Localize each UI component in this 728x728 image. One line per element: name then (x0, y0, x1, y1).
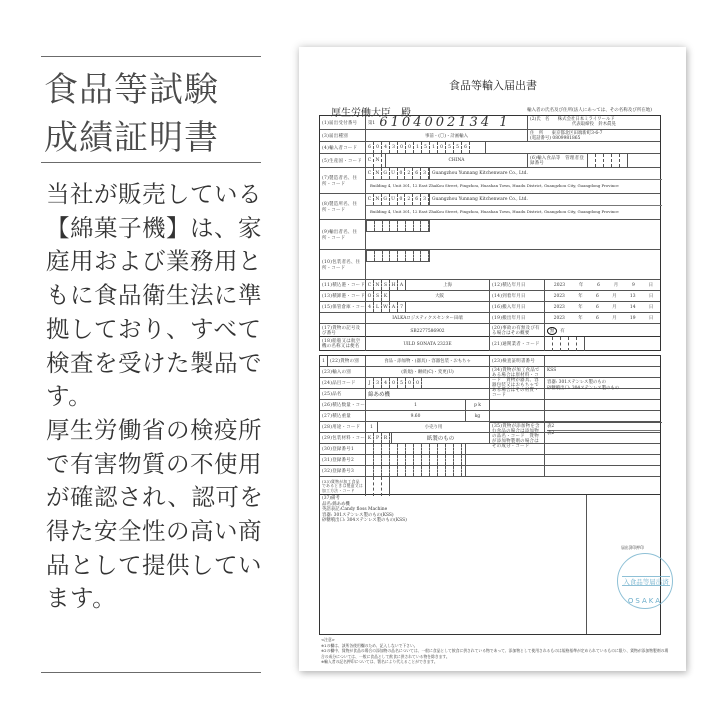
code-box: O (366, 291, 374, 301)
code-box: K (382, 291, 390, 301)
code-box: A (390, 302, 398, 312)
label-import-class: (23)輸入の別 (320, 367, 366, 377)
importer-code-boxes: 6043001510556 (366, 142, 486, 153)
code-box: 1 (414, 142, 422, 153)
form-table-item: 1 (22)貨物の別 食品・添加物・(器具)・容器包装・おもちゃ (23)検査証… (319, 355, 661, 495)
material-field: KSS 容器: 301ステンレス製のもの 砂糖噴出口: 304ステンレス製のもの (545, 367, 662, 422)
code-box: 3 (421, 194, 429, 205)
label-carry-in-date: (16)搬入年月日 (490, 302, 545, 312)
label-purpose: (28)用途・コード (320, 422, 366, 432)
label-warehouse: (15)保管倉庫・コード (320, 302, 366, 312)
carry-in-date: 2023年6月14日 (545, 302, 662, 312)
divider-top (41, 56, 261, 57)
code-box: 0 (374, 142, 382, 153)
weight-unit: kg (466, 411, 490, 421)
code-box: 0 (390, 378, 398, 388)
code-box: C (366, 194, 374, 205)
label-reg-no-1: (30)登録番号1 (320, 444, 366, 454)
code-box: S (374, 291, 382, 301)
material-code: KSS (547, 368, 660, 374)
processing-boxes (366, 477, 390, 496)
form-table-remarks: (37)備考 品名:綿あめ機英語表記:Candy floss Machine容器… (319, 495, 661, 635)
loading-port-boxes: CNSHA (366, 280, 406, 290)
label-cargo-marks: (17)貨物の記号及び番号 (320, 324, 366, 338)
label-notification-type: (3)届出種別 (320, 130, 366, 141)
label-packaging: (29)包装材料・コード (320, 433, 366, 443)
code-box: L (374, 302, 382, 312)
label-additives: (35)貨物が添加物を含む食品の場合は添加物の品名・コード 貨物が添加物製剤の場… (490, 422, 545, 477)
additives-2: 表2 (547, 430, 660, 437)
code-box: 0 (406, 142, 414, 153)
stamp-label: 届出済印押印 (621, 545, 644, 551)
label-loading-port: (11)積込港・コード (320, 280, 366, 290)
exporter-field (366, 220, 662, 249)
cargo-marks: SB2277586902 (366, 324, 490, 338)
code-box: G (382, 168, 390, 179)
label-item-code: (24)品目コード (320, 378, 366, 388)
code-box: 3 (374, 378, 382, 388)
carry-out-date: 2023年6月19日 (545, 313, 662, 323)
code-box: P (374, 433, 382, 443)
code-box: G (382, 194, 390, 205)
receipt-number: 6104002134 1 (379, 116, 510, 129)
label-cert-no: (23)検査証明書番号 (490, 356, 545, 366)
code-box: 6 (413, 168, 421, 179)
divider-middle (41, 162, 261, 163)
label-receipt-no: (1)届出受付番号 (320, 116, 366, 129)
packer-field (366, 250, 662, 279)
purpose: 小売り用 (378, 422, 490, 432)
code-box: R (382, 433, 390, 443)
quarantine-stamp: 入食品等届出済 OSAKA (617, 553, 673, 609)
factory-address: Building 4, Unit 301, 12 East ZhaKou Str… (366, 206, 662, 217)
applicant-rep: 代表取締役 鈴木眞晃 (530, 122, 660, 127)
label-importer-code: (4)輸入者コード (320, 142, 366, 153)
label-vessel: (18)船舶又は航空機の名称又は便名 (320, 337, 366, 351)
label-customs-broker: (21)通関業者・コード (490, 337, 545, 351)
code-box: 5 (422, 142, 430, 153)
packaging: 紙製のもの (392, 433, 490, 443)
applicant-address: 住 所 東京都北区田端新町3-6-7 (電話番号) 0809981865 (528, 130, 662, 141)
remarks-field: (37)備考 品名:綿あめ機英語表記:Candy floss Machine容器… (320, 495, 587, 634)
reg-no-3-boxes (366, 466, 466, 476)
divider-bottom (41, 672, 261, 673)
quantity: 1 (366, 400, 466, 410)
manufacturer-address: Building 4, Unit 301, 12 East ZhaKou Str… (366, 180, 662, 191)
unloading-port: 大阪 (390, 291, 490, 301)
note-line: ※輸入者の記名押印については、署名により代えることができます。 (321, 659, 671, 665)
code-box: S (382, 280, 390, 290)
stamp-city: OSAKA (618, 597, 672, 605)
code-box: 5 (398, 378, 406, 388)
code-box: 0 (438, 142, 446, 153)
accident-field: 無 有 (545, 324, 662, 338)
description: 当社が販売している【綿菓子機】は、家庭用および業務用ともに食品衛生法に準拠してお… (46, 178, 266, 616)
code-box: 6 (462, 142, 470, 153)
paragraph-product: 当社が販売している【綿菓子機】は、家庭用および業務用ともに食品衛生法に準拠してお… (46, 178, 266, 414)
manufacturer-name: Guangzhou Yunnang Kitchenware Co., Ltd. (430, 168, 528, 179)
stamp-text: 入食品等届出済 (622, 576, 670, 586)
receipt-prefix: 第1 (368, 120, 375, 126)
label-origin-country: (5)生産国・コード (320, 154, 366, 167)
code-box: 4 (366, 302, 374, 312)
code-box: 1 (430, 142, 438, 153)
manager-reg-boxes (588, 154, 628, 167)
code-box: 7 (398, 302, 406, 312)
label-reg-no-2: (31)登録番号2 (320, 455, 366, 465)
code-box: C (366, 154, 374, 167)
item-code-boxes: J340500 (366, 378, 490, 388)
additives-field: 表2 表2 (545, 422, 662, 477)
code-box: 0 (398, 168, 406, 179)
title-line-2: 成績証明書 (44, 114, 219, 162)
paragraph-inspection: 厚生労働省の検疫所で有害物質の不使用が確認され、認可を得た安全性の高い商品として… (46, 414, 266, 616)
label-cargo-type: (22)貨物の別 (328, 356, 366, 366)
loading-port: 上海 (406, 280, 490, 290)
code-box: 4 (382, 142, 390, 153)
code-box: 0 (398, 194, 406, 205)
weight: 9.60 (366, 411, 466, 421)
code-box: 0 (398, 142, 406, 153)
label-factory: (8)製造所名、住所・コード (320, 194, 366, 219)
label-processing-method: (33)貨物が加工食品であるときは製造又は加工方法・コード (320, 477, 366, 496)
label-accident: (20)事故の有無及び有る場合はその概要 (490, 324, 545, 338)
notes: <注意>※1の欄は、該所各使用欄のため、記入しないで下さい。※2の欄中、貨物が食… (321, 637, 671, 665)
label-material: (34)貨物が加工食品である場合は原材料・コード 貨物が器具、容器包装又はおもち… (490, 367, 545, 422)
left-panel: 食品等試験 成績証明書 当社が販売している【綿菓子機】は、家庭用および業務用とも… (0, 0, 280, 728)
warehouse-name: IALKAロジスティクスセンター田端 (366, 313, 490, 323)
remark-line: 砂糖噴出口: 304ステンレス製のもの(KSS) (322, 518, 584, 524)
code-box: N (374, 168, 382, 179)
product-name: 綿あめ機 (366, 389, 490, 399)
label-carry-out-date: (19)搬出年月日 (490, 313, 545, 323)
code-box: 0 (414, 378, 422, 388)
manufacturer-field: CNGU0263Guangzhou Yunnang Kitchenware Co… (366, 168, 662, 193)
unloading-port-boxes: OSK (366, 291, 390, 301)
remarks-lines: 品名:綿あめ機英語表記:Candy floss Machine容器: 301ステ… (322, 502, 584, 524)
factory-field: CNGU0263Guangzhou Yunnang Kitchenware Co… (366, 194, 662, 219)
note-line: ※2の欄中、貨物が食品の場合の添加物の品名については、一般に食品として飲食に供さ… (321, 648, 671, 659)
code-box: A (398, 280, 406, 290)
item-number: 1 (320, 356, 328, 366)
code-box: U (390, 194, 398, 205)
applicant-header: 輸入者の氏名及び住所(法人にあっては、その名称及び所在地) (527, 107, 652, 113)
applicant-phone: 0809981865 (552, 136, 580, 141)
code-box: K (366, 433, 374, 443)
applicant-info: (2)氏 名 株式会社日本ミライワールド 代表取締役 鈴木眞晃 (528, 116, 662, 129)
label-exporter: (9)輸出者名、住所・コード (320, 220, 366, 249)
code-box: C (366, 280, 374, 290)
customs-broker-boxes (545, 337, 585, 351)
code-box: 4 (382, 378, 390, 388)
code-box: 3 (390, 142, 398, 153)
code-box: 3 (421, 168, 429, 179)
import-notification-document: 食品等輸入届出書 厚生労働大臣 殿 輸入者の氏名及び住所(法人にあっては、その名… (299, 47, 686, 671)
purpose-code: 1 (366, 422, 378, 432)
notification-type: 事前・(〇)・計画輸入 (366, 130, 528, 141)
label-weight: (27)積込重量 (320, 411, 366, 421)
title-line-1: 食品等試験 (44, 66, 219, 114)
reg-no-1-boxes (366, 444, 466, 454)
origin-code-boxes: CN (366, 154, 386, 167)
code-box: U (390, 168, 398, 179)
form-table-top: (1)届出受付番号 第1 6104002134 1 (2)氏 名 株式会社日本ミ… (319, 115, 661, 337)
factory-name: Guangzhou Yunnang Kitchenware Co., Ltd. (430, 194, 528, 205)
material-2: 砂糖噴出口: 304ステンレス製のもの (547, 386, 660, 392)
label-loading-date: (12)積込年月日 (490, 280, 545, 290)
code-box: W (382, 302, 390, 312)
code-box: H (390, 280, 398, 290)
code-box: N (374, 194, 382, 205)
arrival-date: 2023年6月13日 (545, 291, 662, 301)
packaging-boxes: KPR (366, 433, 392, 443)
label-packer: (10)包装者名、住所・コード (320, 250, 366, 279)
label-manufacturer: (7)製造者名、住所・コード (320, 168, 366, 193)
code-box: N (374, 154, 382, 167)
label-arrival-date: (14)到着年月日 (490, 291, 545, 301)
label-manager-reg: (6)輸入食品等 管理者登録番号 (528, 154, 588, 167)
form-table-vessel: (18)船舶又は航空機の名称又は便名 UILD SONATA 2323E (21… (319, 337, 661, 351)
origin-country: CHINA (386, 154, 528, 167)
quantity-unit: p k (466, 400, 490, 410)
code-box: 2 (405, 194, 413, 205)
label-unloading-port: (13)積卸港・コード (320, 291, 366, 301)
reg-no-2-boxes (366, 455, 466, 465)
receipt-no-field: 第1 6104002134 1 (366, 116, 528, 129)
label-product-name: (25)品名 (320, 389, 366, 399)
document-title: 食品等輸入届出書 (449, 77, 537, 93)
code-box: 6 (366, 142, 374, 153)
loading-date: 2023年6月9日 (545, 280, 662, 290)
code-box: 0 (406, 378, 414, 388)
label-reg-no-3: (32)登録番号3 (320, 466, 366, 476)
code-box: N (374, 280, 382, 290)
code-box: 5 (454, 142, 462, 153)
code-box: J (366, 378, 374, 388)
code-box: 6 (413, 194, 421, 205)
code-box: 5 (446, 142, 454, 153)
panel-title: 食品等試験 成績証明書 (44, 66, 219, 162)
code-box: C (366, 168, 374, 179)
import-class: (新規)・継続(C)・変更(U) (366, 367, 490, 377)
code-box: 2 (405, 168, 413, 179)
warehouse-boxes: 4LWA7 (366, 302, 406, 312)
label-quantity: (26)積込数量・コード (320, 400, 366, 410)
cargo-type: 食品・添加物・(器具)・容器包装・おもちゃ (366, 356, 490, 366)
vessel-name: UILD SONATA 2323E (366, 337, 490, 351)
